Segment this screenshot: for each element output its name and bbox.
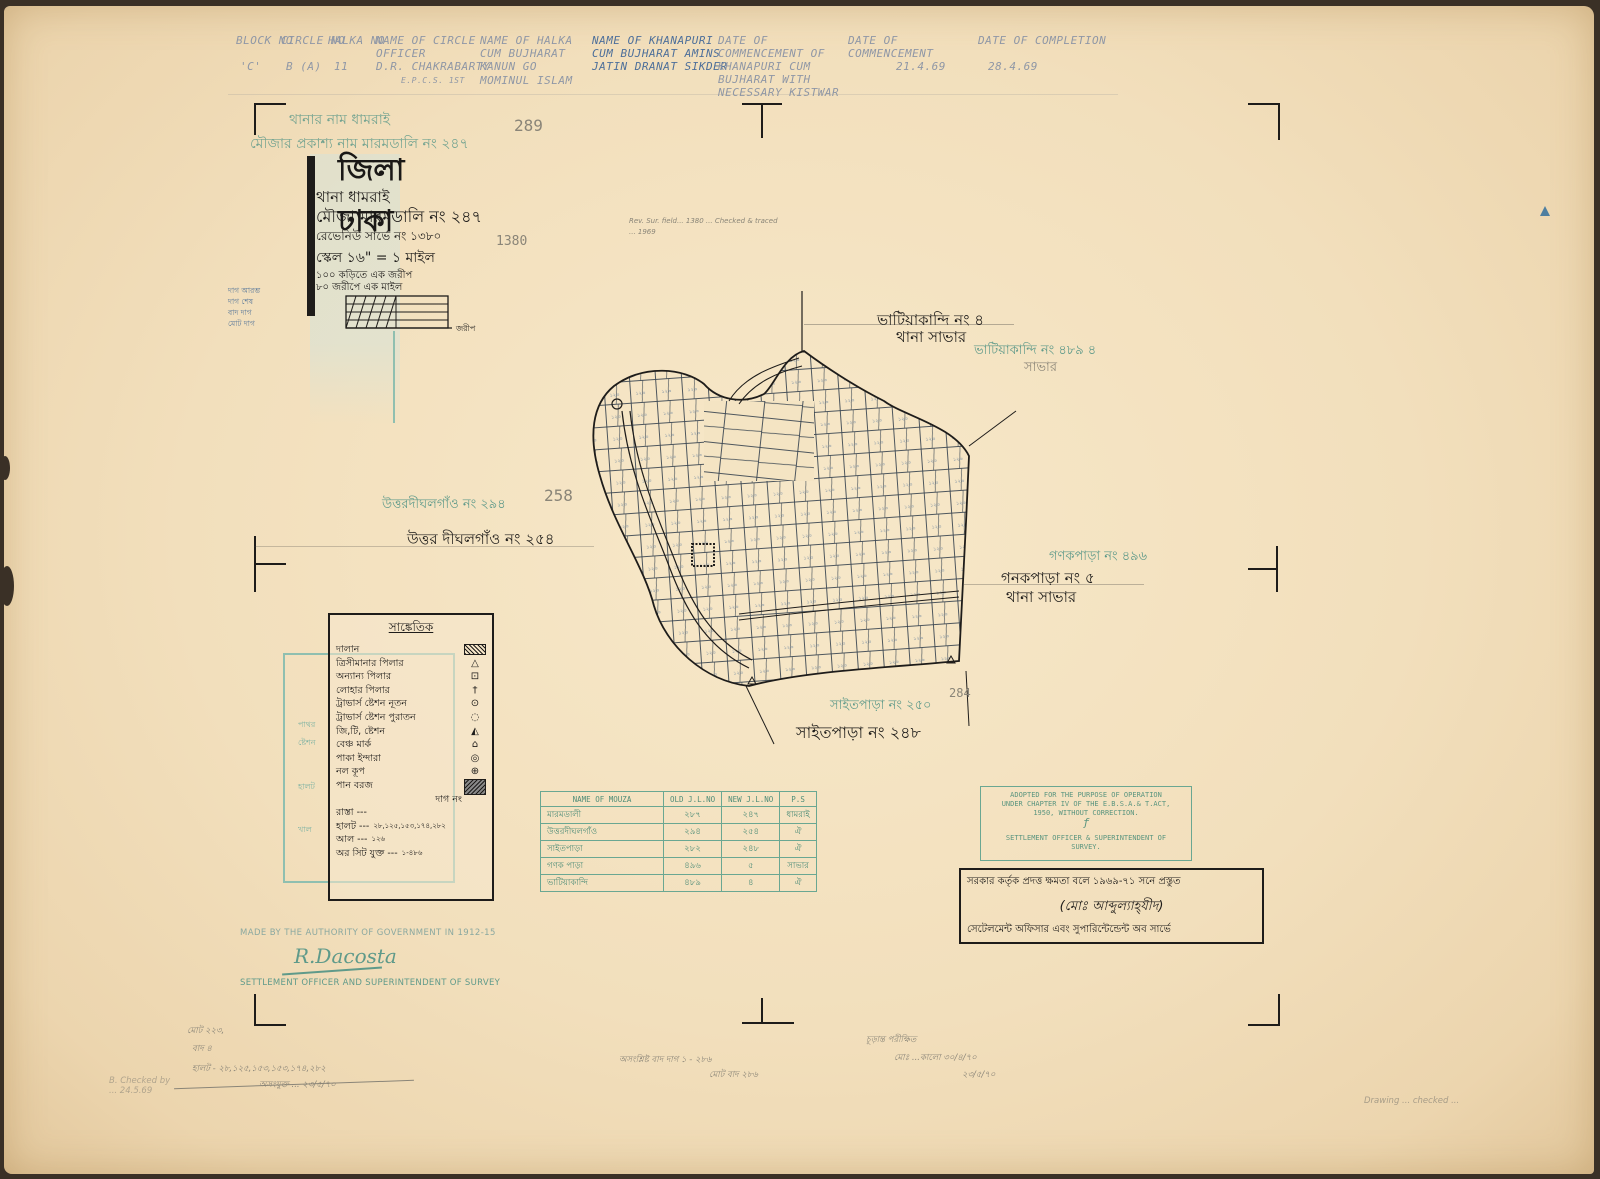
pencil-note: মোট ২২৩, [187, 1024, 224, 1038]
legend-item: ট্রাভার্স ষ্টেশন পুরাতন◌ [330, 711, 492, 725]
ghost-label-canal: খাল [298, 824, 312, 837]
legend-label: ট্রাভার্স ষ্টেশন নূতন [336, 697, 407, 711]
scale-line: স্কেল ১৬" = ১ মাইল [316, 246, 435, 270]
header-commencement-label: DATE OF COMMENCEMENT [848, 34, 958, 60]
crop-mark-bottom-left [254, 994, 286, 1026]
legend-item: পাকা ইন্দারা◎ [330, 752, 492, 766]
preparation-signature: (মোঃ আব্দুল্যাহ্‌যীদ) [967, 897, 1256, 918]
cell: সাইতপাড়া [541, 841, 664, 858]
legend-label: দালান [336, 643, 359, 657]
legend-item: অন্যান্য পিলার⊡ [330, 670, 492, 684]
header-kistwar-label: DATE OF COMMENCEMENT OF KHANAPURI CUM BU… [718, 34, 858, 99]
table-header-row: NAME OF MOUZA OLD J.L.NO NEW J.L.NO P.S [541, 792, 817, 807]
faint-thana-title: থানার নাম ধামরাই [289, 108, 390, 132]
pencil-note: মোট বাদ ২৮৬ [709, 1068, 758, 1082]
pencil-note: মোঃ ...কালো ৩০/৪/৭০ [894, 1051, 977, 1065]
legend-label: নল কূপ [336, 765, 365, 779]
side-note-total: মোট দাগ [228, 318, 260, 329]
side-note-dag-start: দাগ আরম্ভ [228, 285, 260, 296]
road-value: ১-৪৮৬ [402, 847, 423, 861]
pencil-number-289: 289 [514, 116, 543, 135]
pencil-note: হালট - ২৮,১২৫,১৫৩,১৫৩,১৭৪,২৮২ [192, 1062, 326, 1076]
settlement-officer-label: SETTLEMENT OFFICER AND SUPERINTENDENT OF… [240, 978, 500, 988]
table-row: ভাটিয়াকান্দি৪৮৯৪ঐ [541, 875, 817, 892]
side-note-excluded: বাদ দাগ [228, 307, 260, 318]
side-note-dag-end: দাগ শেষ [228, 296, 260, 307]
legend-label: বেঞ্চ মার্ক [336, 738, 371, 752]
header-completion-label: DATE OF COMPLETION [978, 34, 1106, 47]
col-mouza-name: NAME OF MOUZA [541, 792, 664, 807]
crop-mark-left-mid-arm [254, 563, 286, 565]
scale-bar-label: জরীপ [456, 323, 475, 336]
table-row: সাইতপাড়া২৮২২৪৮ঐ [541, 841, 817, 858]
header-amin-value: JATIN DRANAT SIKDER [592, 60, 727, 73]
header-circle-officer-sub: E.P.C.S. 1ST [401, 74, 465, 87]
header-circle-value: B (A) [286, 60, 322, 73]
cell: ২৯৪ [664, 824, 722, 841]
north-label-rule [804, 324, 1014, 325]
cell: ২৮২ [664, 841, 722, 858]
authority-line: MADE BY THE AUTHORITY OF GOVERNMENT IN 1… [240, 928, 496, 938]
road-row: আল ---১২৬ [330, 833, 492, 847]
road-label: হালট --- [336, 820, 369, 834]
mouza-jl-table: NAME OF MOUZA OLD J.L.NO NEW J.L.NO P.S … [540, 791, 817, 892]
crop-mark-right-mid-arm [1248, 568, 1278, 570]
faint-scale-stem [393, 331, 395, 423]
crop-mark-top-left [254, 103, 286, 135]
traverse-old-icon: ◌ [464, 711, 486, 725]
west-label-rule [254, 546, 594, 547]
traverse-new-icon: ⊙ [464, 697, 486, 711]
preparation-line: সরকার কর্তৃক প্রদত্ত ক্ষমতা বলে ১৯৬৯-৭১ … [967, 874, 1256, 891]
neighbor-south-faint: সাইতপাড়া নং ২৫০ [830, 696, 931, 717]
cell: ঐ [780, 875, 817, 892]
legend-item: বেঞ্চ মার্ক⌂ [330, 738, 492, 752]
tri-junction-pillar-icon: △ [464, 657, 486, 671]
pencil-note: B. Checked by ... 24.5.69 [109, 1076, 179, 1096]
adoption-stamp: ADOPTED FOR THE PURPOSE OF OPERATION UND… [980, 786, 1192, 861]
header-kanungo-value: MOMINUL ISLAM [480, 74, 573, 87]
legend-label: অন্যান্য পিলার [336, 670, 391, 684]
stamp-line: ADOPTED FOR THE PURPOSE OF OPERATION [981, 791, 1191, 800]
table-row: মারমডালী২৮৭২৪৭ধামরাই [541, 807, 817, 824]
cell: মারমডালী [541, 807, 664, 824]
ghost-label-halot: হালট [298, 781, 315, 794]
legend-item: দালান [330, 643, 492, 657]
edge-tear [0, 566, 14, 606]
legend-label: পাকা ইন্দারা [336, 752, 381, 766]
legend-item: নল কূপ⊕ [330, 765, 492, 779]
header-amin-label: NAME OF KHANAPURI CUM BUJHARAT AMINS [592, 34, 722, 60]
cell: ২৫৪ [722, 824, 780, 841]
legend-item: ট্রাভার্স ষ্টেশন নূতন⊙ [330, 697, 492, 711]
road-label: আল --- [336, 833, 367, 847]
road-label: রাস্তা --- [336, 806, 367, 820]
cell: ৪৯৬ [664, 858, 722, 875]
legend-title: সাঙ্কেতিক [330, 619, 492, 639]
road-label: অর সিট যুক্ত --- [336, 847, 398, 861]
neighbor-north-thana: থানা সাভার [896, 326, 966, 351]
authority-signature: R.Dacosta [294, 944, 397, 968]
neighbor-west-pencil: 258 [544, 486, 573, 505]
dag-header: দাগ নং [435, 793, 462, 807]
legend-item: জি,টি, ষ্টেশন◭ [330, 725, 492, 739]
legend-item: পান বরজ [330, 779, 492, 793]
header-rule [228, 94, 1118, 95]
cell: ২৪৮ [722, 841, 780, 858]
preparation-officer: সেটেলমেন্ট অফিসার এবং সুপারিন্টেন্ডেন্ট … [967, 922, 1256, 939]
edge-tear [0, 456, 10, 480]
legend-symbols: দালান ত্রিসীমানার পিলার△ অন্যান্য পিলার⊡… [330, 643, 492, 861]
cell: ধামরাই [780, 807, 817, 824]
stamp-line: SETTLEMENT OFFICER & SUPERINTENDENT OF [981, 834, 1191, 843]
road-row: রাস্তা --- [330, 806, 492, 820]
neighbor-north-pencil: সাভার [1024, 358, 1057, 379]
pencil-note: অসংশ্লিষ্ট বাদ দাগ ১ - ২৮৬ [619, 1053, 712, 1067]
legend-item: লোহার পিলার† [330, 684, 492, 698]
revenue-survey-line: রেভেনিউ সার্ভে নং ১৩৮০ [316, 228, 441, 248]
pencil-note: চূড়ান্ত পরীক্ষিত [866, 1033, 916, 1047]
pencil-note: Drawing ... checked ... [1364, 1096, 1459, 1106]
stamp-line: SURVEY. [981, 843, 1191, 852]
cell: ২৪৭ [722, 807, 780, 824]
betel-garden-hatch-icon [464, 779, 486, 795]
table-row: উত্তরদীঘলগাঁও২৯৪২৫৪ঐ [541, 824, 817, 841]
ghost-label-stone: পাথর [298, 719, 315, 732]
building-hatch-icon [464, 644, 486, 655]
cell: ঐ [780, 824, 817, 841]
legend-label: ত্রিসীমানার পিলার [336, 657, 404, 671]
road-row: হালট ---২৮,১২৫,১৫৩,১৭৪,২৮২ [330, 820, 492, 834]
crop-mark-bottom-right [1248, 994, 1280, 1026]
header-circle-officer-label: NAME OF CIRCLE OFFICER [376, 34, 496, 60]
ghost-label-station: ষ্টেশন [298, 737, 316, 750]
crop-mark-top-center-stem [761, 103, 763, 138]
cell: ৪ [722, 875, 780, 892]
header-halka-value: 11 [334, 60, 348, 73]
neighbor-east-faint: গণকপাড়া নং ৪৯৬ [1049, 547, 1147, 568]
header-commencement-value: 21.4.69 [896, 60, 946, 73]
table-row: গণক পাড়া৪৯৬৫সাভার [541, 858, 817, 875]
crop-mark-bottom-center-arm [742, 1022, 794, 1024]
title-spine [307, 156, 315, 316]
stamp-signature: ƒ [981, 818, 1191, 834]
col-old-jl: OLD J.L.NO [664, 792, 722, 807]
gt-station-icon: ◭ [464, 725, 486, 739]
cell: ঐ [780, 841, 817, 858]
legend-item: ত্রিসীমানার পিলার△ [330, 657, 492, 671]
legend-label: জি,টি, ষ্টেশন [336, 725, 385, 739]
header-completion-value: 28.4.69 [988, 60, 1038, 73]
neighbor-west-faint: উত্তরদীঘলগাঁও নং ২৯৪ [382, 495, 506, 516]
cell: গণক পাড়া [541, 858, 664, 875]
pencil-number-1380: 1380 [496, 234, 527, 249]
cell: ভাটিয়াকান্দি [541, 875, 664, 892]
road-row: অর সিট যুক্ত ---১-৪৮৬ [330, 847, 492, 861]
legend-label: পান বরজ [336, 779, 373, 793]
header-kanungo-label: NAME OF HALKA CUM BUJHARAT KANUN GO [480, 34, 590, 73]
neighbor-east-thana: থানা সাভার [1006, 586, 1076, 611]
side-notes: দাগ আরম্ভ দাগ শেষ বাদ দাগ মোট দাগ [228, 285, 260, 329]
cell: উত্তরদীঘলগাঁও [541, 824, 664, 841]
legend-label: লোহার পিলার [336, 684, 390, 698]
crop-mark-bottom-center [761, 998, 763, 1023]
legend-box: সাঙ্কেতিক দালান ত্রিসীমানার পিলার△ অন্যা… [328, 613, 494, 901]
cell: ২৮৭ [664, 807, 722, 824]
blue-triangle-mark [1540, 206, 1550, 216]
col-new-jl: NEW J.L.NO [722, 792, 780, 807]
col-ps: P.S [780, 792, 817, 807]
neighbor-south-name: সাইতপাড়া নং ২৪৮ [796, 720, 921, 747]
mouza-line: মৌজা মারমডালি নং ২৪৭ [316, 204, 482, 231]
pencil-note: ২৩/৫/৭০ [962, 1068, 995, 1082]
tube-well-icon: ⊕ [464, 765, 486, 779]
cell: ৪৮৯ [664, 875, 722, 892]
legend-label: ট্রাভার্স ষ্টেশন পুরাতন [336, 711, 416, 725]
header-block-value: 'C' [240, 60, 261, 73]
east-label-rule [964, 584, 1144, 585]
cell: সাভার [780, 858, 817, 875]
bench-mark-icon: ⌂ [464, 738, 486, 752]
map-sheet: BLOCK NO 'C' CIRCLE NO B (A) HALKA NO 11… [4, 6, 1594, 1174]
stamp-line: UNDER CHAPTER IV OF THE E.B.S.A.& T.ACT, [981, 800, 1191, 809]
neighbor-west-name: উত্তর দীঘলগাঁও নং ২৫৪ [407, 528, 554, 553]
crop-mark-top-right [1248, 103, 1280, 140]
road-value: ১২৬ [371, 833, 385, 847]
pencil-note-top: Rev. Sur. field... 1380 ... Checked & tr… [629, 216, 779, 238]
pencil-note: বাদ ৪ [192, 1042, 212, 1056]
header-circle-officer-value: D.R. CHAKRABARTY [376, 60, 490, 73]
preparation-box: সরকার কর্তৃক প্রদত্ত ক্ষমতা বলে ১৯৬৯-৭১ … [959, 868, 1264, 944]
cell: ৫ [722, 858, 780, 875]
iron-pillar-icon: † [464, 684, 486, 698]
other-pillar-icon: ⊡ [464, 670, 486, 684]
pucca-well-icon: ◎ [464, 752, 486, 766]
neighbor-south-pencil: 284 [949, 686, 971, 700]
road-value: ২৮,১২৫,১৫৩,১৭৪,২৮২ [373, 820, 446, 834]
